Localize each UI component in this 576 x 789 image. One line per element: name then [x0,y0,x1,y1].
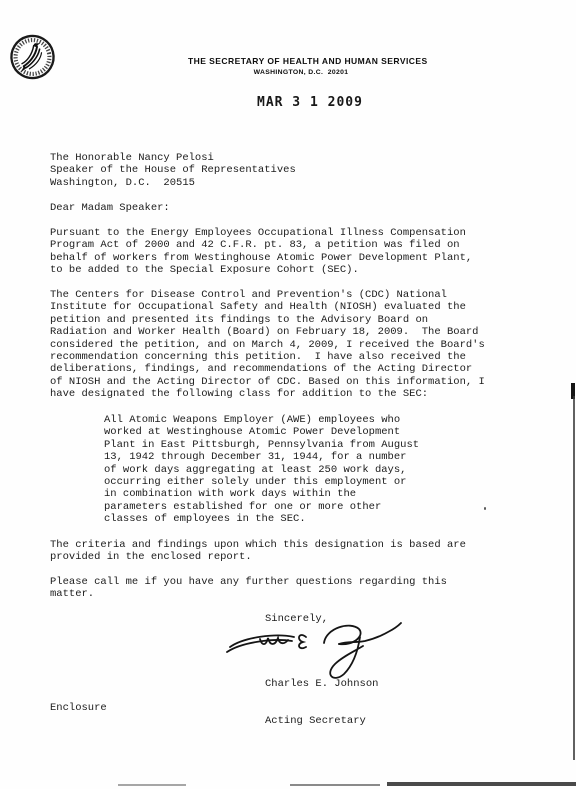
scanned-letter-page: THE SECRETARY OF HEALTH AND HUMAN SERVIC… [0,0,576,789]
letterhead-title: THE SECRETARY OF HEALTH AND HUMAN SERVIC… [188,56,414,66]
scan-artifact-right-line [573,396,575,760]
letterhead: THE SECRETARY OF HEALTH AND HUMAN SERVIC… [188,56,414,76]
salutation: Dear Madam Speaker: [50,202,170,214]
designation-class-block: All Atomic Weapons Employer (AWE) employ… [104,414,419,526]
letterhead-address: WASHINGTON, D.C. 20201 [188,69,414,76]
scan-artifact-bottom-3 [387,782,576,786]
signer-title: Acting Secretary [265,715,378,727]
scan-artifact-bottom-2 [290,784,380,786]
signature-charles-e-johnson [226,620,408,688]
paragraph-niosh-evaluation: The Centers for Disease Control and Prev… [50,289,485,401]
date-stamp: MAR 3 1 2009 [257,95,363,110]
hhs-seal-icon [4,28,61,86]
paragraph-criteria: The criteria and findings upon which thi… [50,539,466,564]
recipient-address: The Honorable Nancy Pelosi Speaker of th… [50,152,296,189]
paragraph-please-call: Please call me if you have any further q… [50,576,447,601]
enclosure-note: Enclosure [50,702,107,714]
scan-artifact-bottom-1 [118,784,186,786]
scan-artifact-speck [484,507,486,510]
paragraph-petition-filed: Pursuant to the Energy Employees Occupat… [50,227,472,277]
